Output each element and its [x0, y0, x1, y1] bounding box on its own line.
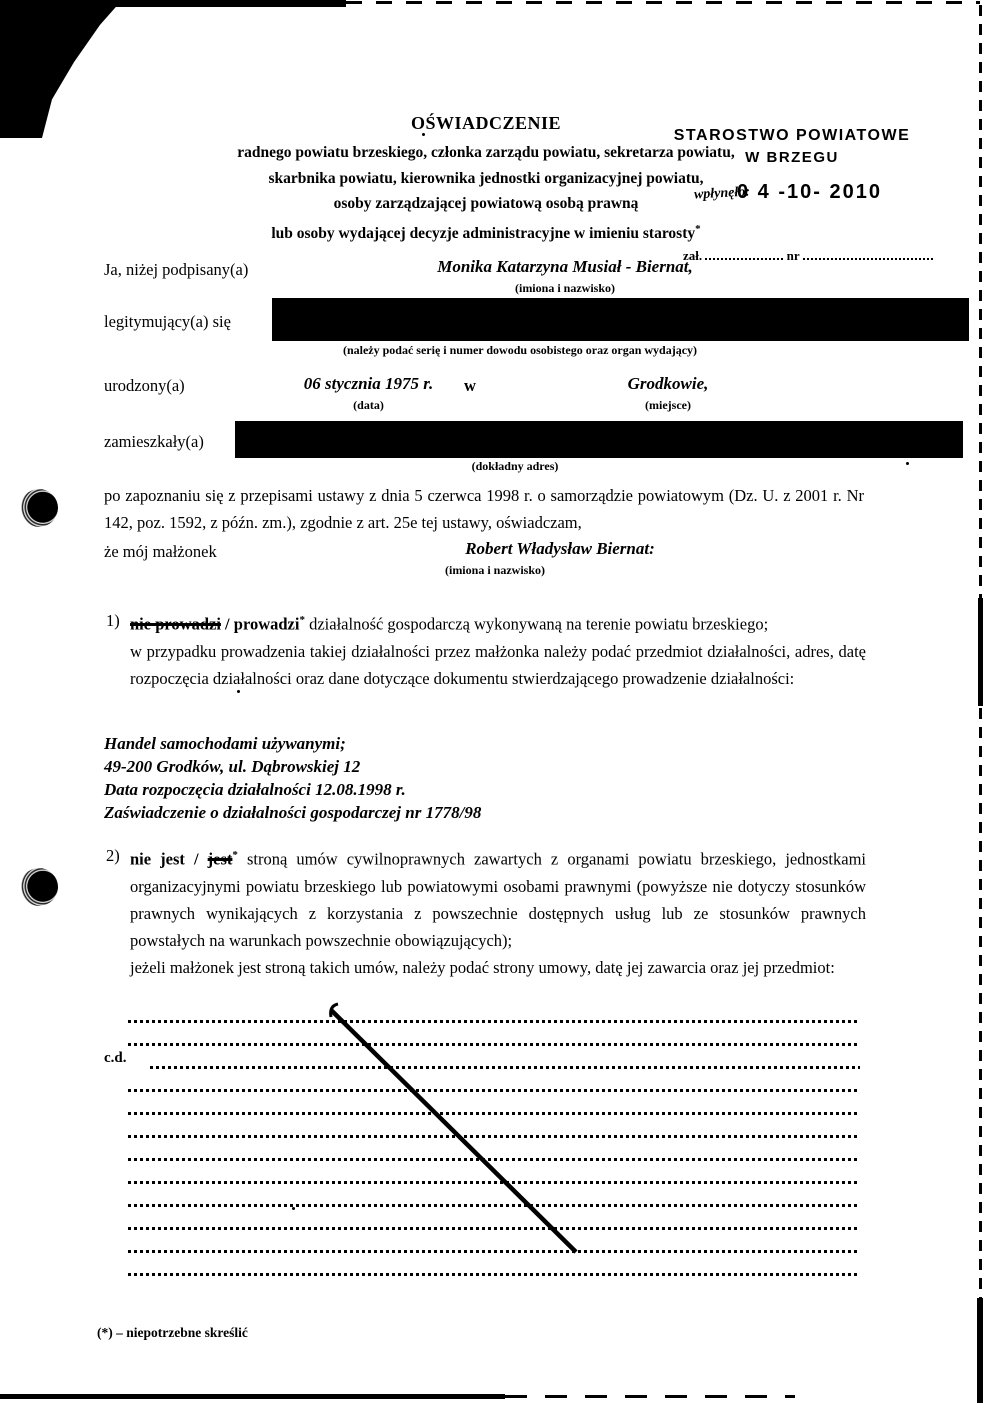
spouse-label: że mój małżonek	[104, 542, 217, 562]
fill-in-line	[128, 1023, 860, 1046]
punch-hole-mark	[20, 868, 58, 906]
scan-bottom-edge	[0, 1394, 505, 1399]
birth-date: 06 stycznia 1975 r.	[266, 374, 471, 394]
continuation-label: c.d.	[104, 1050, 127, 1067]
fill-in-line	[128, 1253, 860, 1276]
fill-in-line	[128, 1207, 860, 1230]
struck-option: jest	[208, 850, 233, 869]
residence-caption: (dokładny adres)	[340, 459, 690, 474]
birth-date-caption: (data)	[266, 398, 471, 413]
kept-option: nie jest	[130, 850, 185, 869]
fill-in-line	[128, 1046, 860, 1069]
id-label: legitymujący(a) się	[104, 312, 231, 332]
scanned-declaration-page: OŚWIADCZENIE radnego powiatu brzeskiego,…	[0, 0, 992, 1403]
fill-in-line	[128, 1092, 860, 1115]
scan-top-edge-dashes	[346, 1, 980, 4]
declarant-name: Monika Katarzyna Musiał - Biernat,	[300, 257, 830, 277]
scan-right-edge-segment	[977, 1298, 983, 1403]
item-number: 2)	[106, 842, 120, 869]
punch-hole-mark	[20, 489, 58, 527]
name-caption: (imiona i nazwisko)	[300, 281, 830, 296]
fill-in-line	[128, 1000, 860, 1023]
scan-speck	[906, 462, 909, 465]
spouse-name: Robert Władysław Biernat:	[330, 539, 790, 559]
residence-label: zamieszkały(a)	[104, 432, 204, 452]
fill-in-line	[128, 1230, 860, 1253]
item-1-instruction: w przypadku prowadzenia takiej działalno…	[106, 638, 866, 692]
stamp-office-name: STAROSTWO POWIATOWE	[652, 127, 932, 145]
answer-line: Handel samochodami używanymi;	[104, 732, 481, 755]
scan-bottom-edge-dashes	[505, 1395, 795, 1398]
item-number: 1)	[106, 607, 120, 634]
born-label: urodzony(a)	[104, 376, 185, 396]
fill-in-line	[128, 1138, 860, 1161]
declaration-item-1: 1) nie prowadzi / prowadzi* działalność …	[106, 607, 866, 692]
id-caption: (należy podać serię i numer dowodu osobi…	[280, 343, 760, 358]
birth-place: Grodkowie,	[558, 374, 778, 394]
item-2-instruction: jeżeli małżonek jest stroną takich umów,…	[106, 954, 866, 981]
birth-place-caption: (miejsce)	[558, 398, 778, 413]
legal-basis-paragraph: po zapoznaniu się z przepisami ustawy z …	[104, 482, 864, 536]
redaction-bar-id	[272, 298, 969, 341]
scan-right-edge-segment	[978, 598, 983, 706]
answer-ruled-lines	[128, 1000, 860, 1276]
stamp-office-city: W BRZEGU	[652, 149, 932, 166]
answer-line: Data rozpoczęcia działalności 12.08.1998…	[104, 778, 481, 801]
declaration-item-2: 2) nie jest / jest* stroną umów cywilnop…	[106, 842, 866, 981]
scan-top-edge	[0, 0, 346, 7]
intro-label: Ja, niżej podpisany(a)	[104, 260, 248, 280]
stamp-date: 0 4 -10- 2010	[737, 181, 882, 204]
fill-in-line	[128, 1161, 860, 1184]
fill-in-line	[128, 1184, 860, 1207]
answer-line: 49-200 Grodków, ul. Dąbrowskiej 12	[104, 755, 481, 778]
kept-option: prowadzi	[234, 615, 300, 634]
fill-in-line	[128, 1115, 860, 1138]
struck-option: nie prowadzi	[130, 615, 221, 634]
footnote-text: (*) – niepotrzebne skreślić	[97, 1325, 248, 1341]
answer-line: Zaświadczenie o działalności gospodarcze…	[104, 801, 481, 824]
footnote-marker: *	[695, 223, 701, 235]
spouse-caption: (imiona i nazwisko)	[330, 563, 660, 578]
redaction-bar-address	[235, 421, 963, 458]
form-subtitle-line: lub osoby wydającej decyzje administracy…	[100, 217, 872, 247]
in-label: w	[464, 376, 476, 396]
fill-in-line	[128, 1069, 860, 1092]
item-1-answers: Handel samochodami używanymi; 49-200 Gro…	[104, 732, 481, 824]
